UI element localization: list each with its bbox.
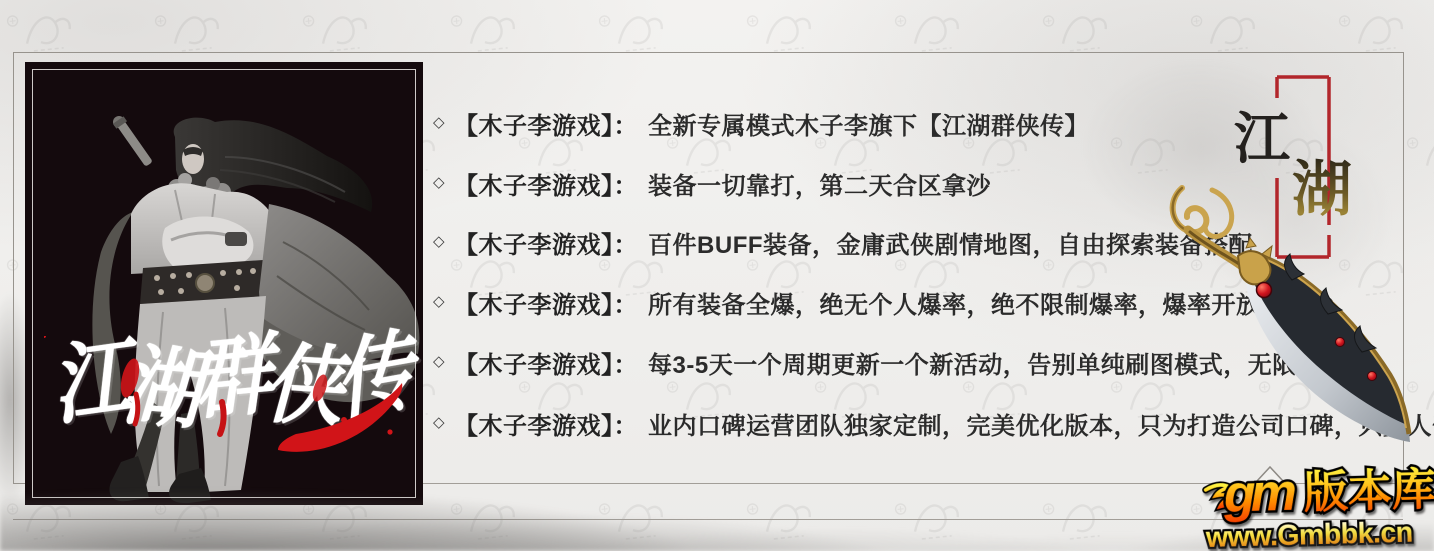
- divider-line-bottom: [13, 519, 1403, 520]
- diamond-icon: ◇: [433, 352, 445, 370]
- site-logo-gm: gm: [1222, 464, 1296, 524]
- diamond-icon: ◇: [433, 413, 445, 431]
- diamond-icon: ◇: [433, 232, 445, 250]
- brand-label: 【木子李游戏】：: [454, 166, 638, 201]
- diamond-icon: ◇: [433, 113, 445, 131]
- diamond-icon: ◇: [433, 292, 445, 310]
- ornate-sword-illustration: [1150, 170, 1420, 455]
- feature-text: 全新专属模式木子李旗下【江湖群侠传】: [648, 106, 1089, 141]
- brand-label: 【木子李游戏】：: [454, 285, 638, 320]
- site-logo-name: 版本库: [1303, 465, 1434, 517]
- red-ink-accents: [44, 336, 420, 476]
- brand-label: 【木子李游戏】：: [454, 345, 638, 380]
- feature-item: ◇ 【木子李游戏】： 装备一切靠打，第二天合区拿沙: [433, 168, 991, 198]
- gold-hilt: [1173, 188, 1242, 266]
- brand-label: 【木子李游戏】：: [454, 406, 638, 441]
- game-title-block: 江湖群侠传: [44, 336, 420, 476]
- feature-text: 装备一切靠打，第二天合区拿沙: [648, 166, 991, 201]
- diamond-icon: ◇: [433, 173, 445, 191]
- feature-item: ◇ 【木子李游戏】： 百件BUFF装备，金庸武侠剧情地图，自由探索装备搭配: [433, 227, 1253, 257]
- seal-char-top: 江: [1234, 109, 1290, 171]
- feature-item: ◇ 【木子李游戏】： 全新专属模式木子李旗下【江湖群侠传】: [433, 108, 1089, 138]
- site-logo: gm 版本库 www.Gmbbk.cn: [1200, 449, 1434, 551]
- brand-label: 【木子李游戏】：: [454, 106, 638, 141]
- site-url[interactable]: www.Gmbbk.cn: [1205, 517, 1414, 551]
- brand-label: 【木子李游戏】：: [454, 225, 638, 260]
